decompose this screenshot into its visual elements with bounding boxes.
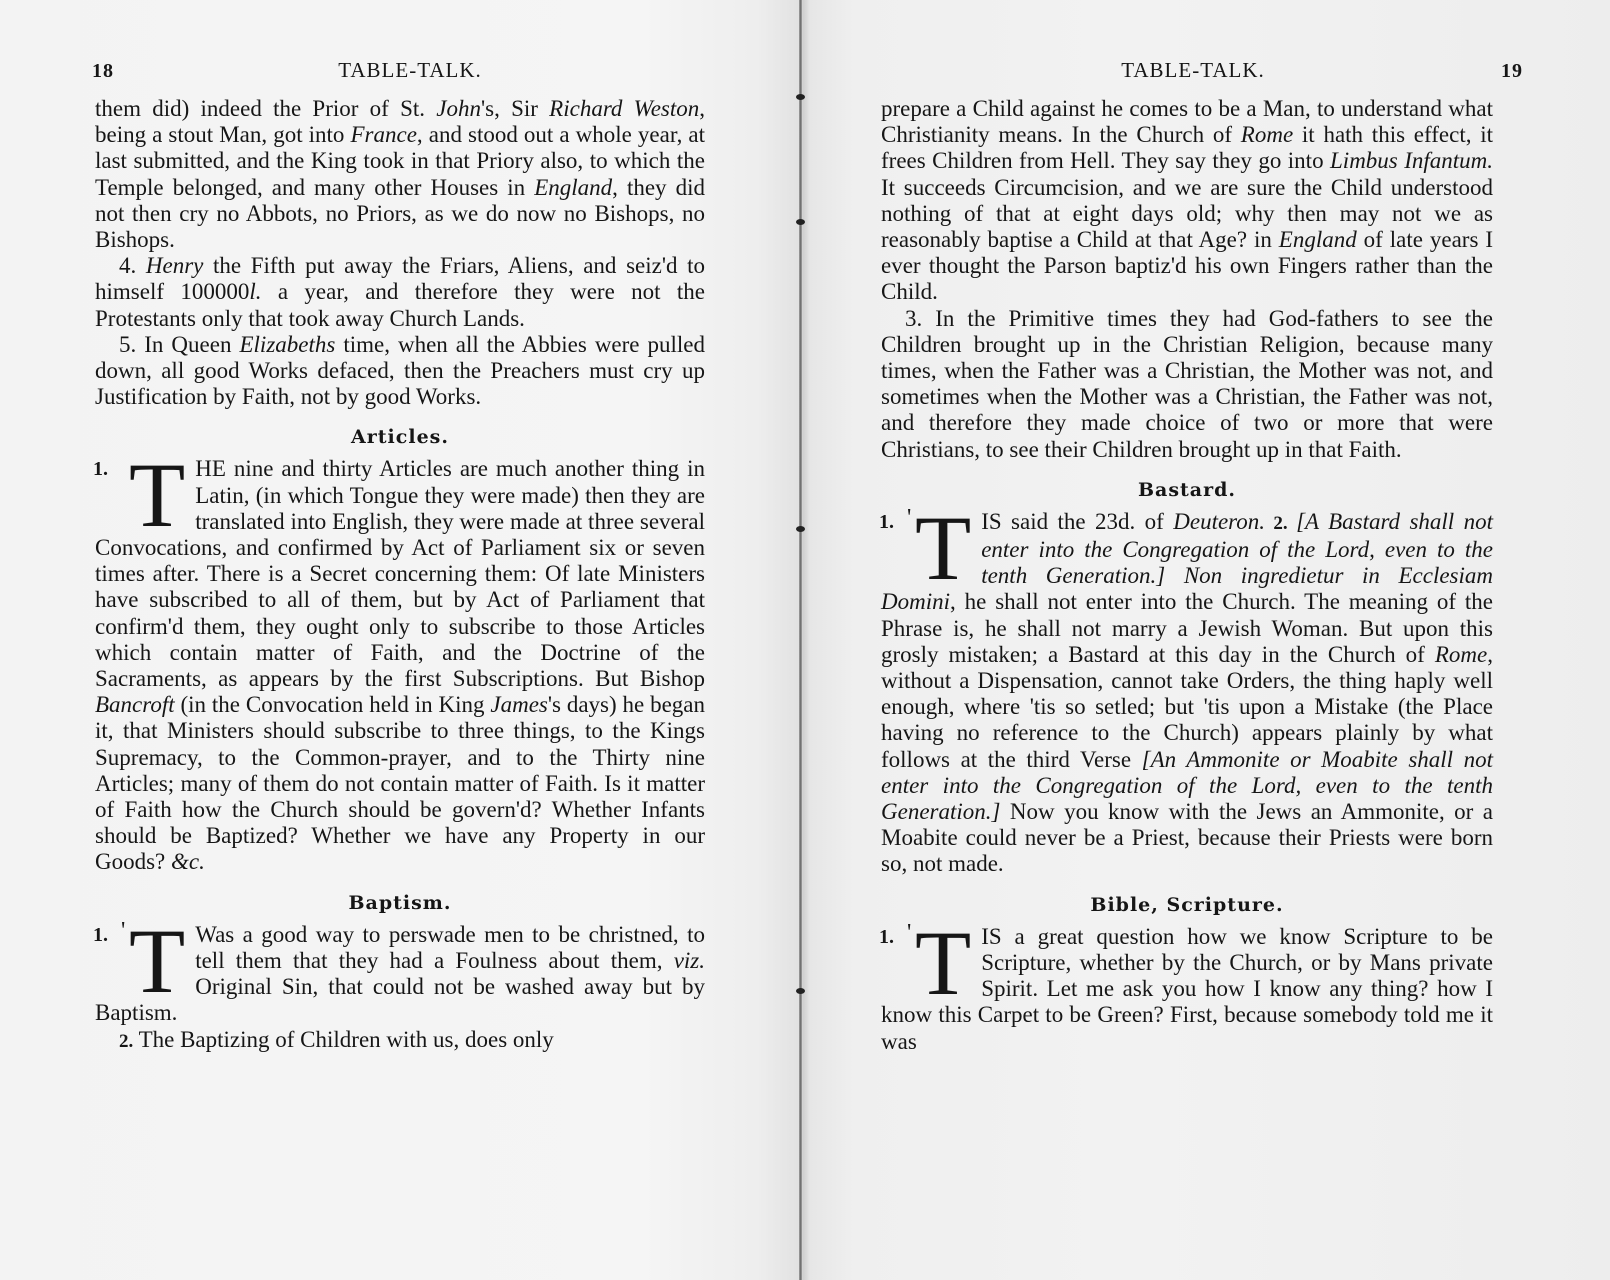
binding-stitch bbox=[796, 219, 805, 225]
section-heading-articles: Articles. bbox=[95, 424, 705, 450]
section-heading-bastard: Bastard. bbox=[881, 477, 1493, 503]
apostrophe: ' bbox=[907, 505, 911, 531]
book-gutter bbox=[799, 0, 802, 1280]
running-title: TABLE-TALK. bbox=[873, 58, 1513, 83]
page-body: them did) indeed the Prior of St. John's… bbox=[95, 96, 705, 1055]
paragraph-3: 3. In the Primitive times they had God-f… bbox=[881, 306, 1493, 463]
section-heading-bible-scripture: Bible, Scripture. bbox=[881, 892, 1493, 918]
bible-paragraph-1: 1. ' T IS a great question how we know S… bbox=[881, 924, 1493, 1055]
baptism-paragraph-2: 2. The Baptizing of Children with us, do… bbox=[95, 1027, 705, 1055]
apostrophe: ' bbox=[907, 920, 911, 946]
binding-stitch bbox=[796, 988, 805, 994]
paragraph-number: 1. bbox=[93, 456, 108, 482]
book-spread: 18 TABLE-TALK. them did) indeed the Prio… bbox=[0, 0, 1610, 1280]
paragraph-number: 1. bbox=[879, 509, 894, 535]
drop-cap: T bbox=[129, 460, 185, 532]
page-number: 18 bbox=[92, 60, 114, 83]
articles-paragraph-1: 1. T HE nine and thirty Articles are muc… bbox=[95, 456, 705, 875]
left-page: 18 TABLE-TALK. them did) indeed the Prio… bbox=[95, 0, 705, 1280]
bastard-paragraph-1: 1. ' T IS said the 23d. of Deuteron. 2. … bbox=[881, 509, 1493, 878]
apostrophe: ' bbox=[121, 918, 125, 944]
paragraph-continued: them did) indeed the Prior of St. John's… bbox=[95, 96, 705, 253]
drop-cap: T bbox=[129, 926, 185, 998]
paragraph-number: 1. bbox=[879, 924, 894, 950]
paragraph-number: 1. bbox=[93, 922, 108, 948]
page-number: 19 bbox=[1501, 60, 1523, 83]
drop-cap: T bbox=[915, 513, 971, 585]
page-body: prepare a Child against he comes to be a… bbox=[881, 96, 1493, 1055]
section-heading-baptism: Baptism. bbox=[95, 890, 705, 916]
right-page: TABLE-TALK. 19 prepare a Child against h… bbox=[903, 0, 1513, 1280]
paragraph-continued: prepare a Child against he comes to be a… bbox=[881, 96, 1493, 306]
binding-stitch bbox=[796, 94, 805, 100]
running-head: TABLE-TALK. 19 bbox=[903, 58, 1513, 88]
baptism-paragraph-1: 1. ' T Was a good way to perswade men to… bbox=[95, 922, 705, 1027]
paragraph-5: 5. In Queen Elizabeths time, when all th… bbox=[95, 332, 705, 411]
running-title: TABLE-TALK. bbox=[115, 58, 705, 83]
binding-stitch bbox=[796, 526, 805, 532]
drop-cap: T bbox=[915, 928, 971, 1000]
running-head: 18 TABLE-TALK. bbox=[95, 58, 705, 88]
paragraph-4: 4. Henry the Fifth put away the Friars, … bbox=[95, 253, 705, 332]
